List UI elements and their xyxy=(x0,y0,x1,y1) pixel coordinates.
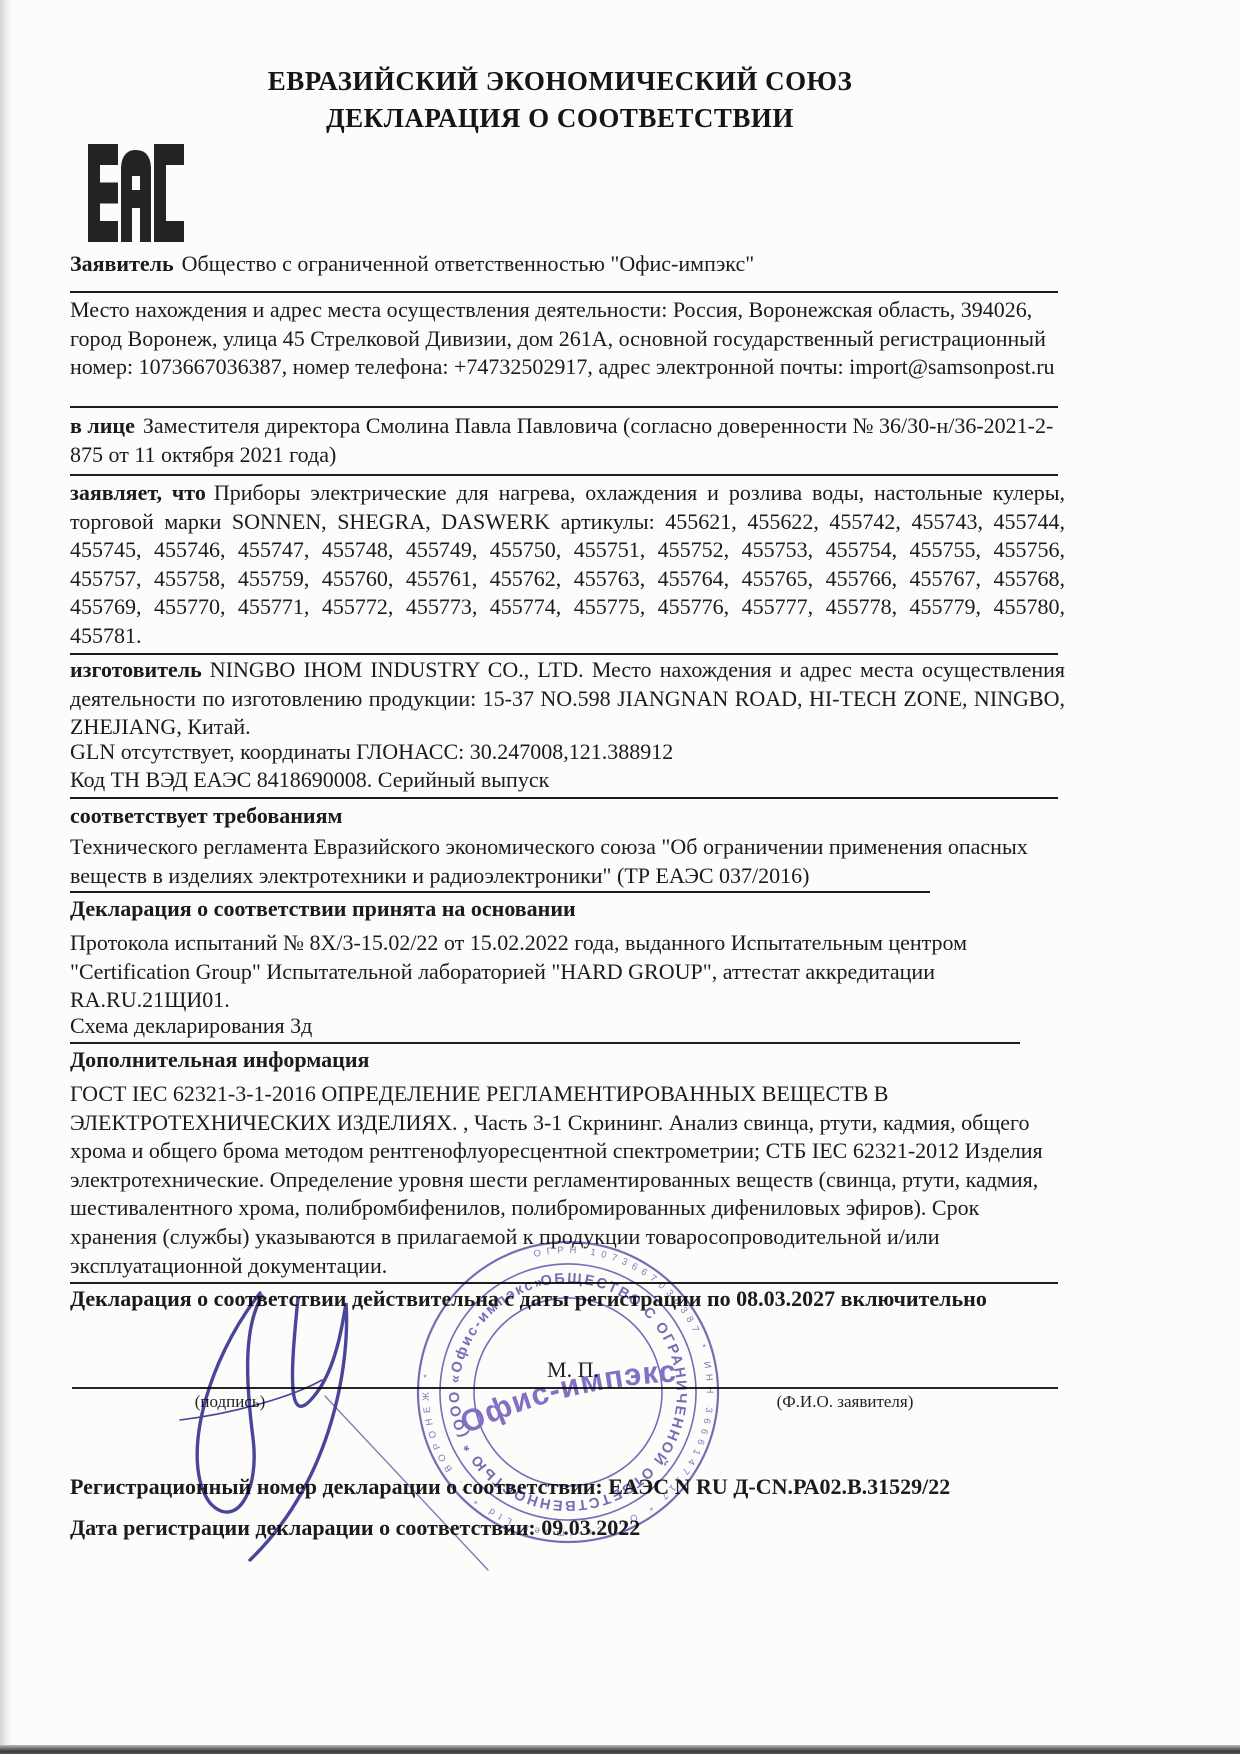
scan-bottom-edge-artifact xyxy=(0,1745,1240,1754)
compliance-regulation-paragraph: Технического регламента Евразийского эко… xyxy=(70,833,1065,890)
gln-glonass-line: GLN отсутствует, координаты ГЛОНАСС: 30.… xyxy=(70,738,1065,767)
handwritten-signature xyxy=(150,1268,490,1578)
declarant-line: ЗаявительОбщество с ограниченной ответст… xyxy=(70,250,1065,279)
manufacturer-paragraph: изготовительNINGBO IHOM INDUSTRY CO., LT… xyxy=(70,656,1065,742)
declarant-address-paragraph: Место нахождения и адрес места осуществл… xyxy=(70,296,1065,382)
manufacturer-details: NINGBO IHOM INDUSTRY CO., LTD. Место нах… xyxy=(70,657,1065,739)
basis-heading: Декларация о соответствии принята на осн… xyxy=(70,895,1065,924)
product-description: Приборы электрические для нагрева, охлаж… xyxy=(70,480,1065,648)
representative-label: в лице xyxy=(70,413,143,438)
eac-conformity-mark-logo xyxy=(88,144,184,242)
scan-left-edge-artifact xyxy=(0,0,12,1754)
compliance-heading: соответствует требованиям xyxy=(70,802,1065,831)
section-divider xyxy=(70,1042,1020,1044)
declarant-label: Заявитель xyxy=(70,251,182,276)
tnved-code-line: Код ТН ВЭД ЕАЭС 8418690008. Серийный вып… xyxy=(70,766,1065,795)
section-divider xyxy=(70,291,1058,293)
section-divider xyxy=(70,406,1058,408)
document-title-line2: ДЕКЛАРАЦИЯ О СООТВЕТСТВИИ xyxy=(0,103,1120,134)
test-report-paragraph: Протокола испытаний № 8Х/3-15.02/22 от 1… xyxy=(70,929,1065,1015)
section-divider xyxy=(70,797,1058,799)
representative-line: в лицеЗаместителя директора Смолина Павл… xyxy=(70,412,1065,469)
product-declaration-paragraph: заявляет, чтоПриборы электрические для н… xyxy=(70,479,1065,651)
declarant-name: Общество с ограниченной ответственностью… xyxy=(182,251,755,276)
additional-info-heading: Дополнительная информация xyxy=(70,1046,1065,1075)
manufacturer-label: изготовитель xyxy=(70,657,210,682)
section-divider xyxy=(70,474,1058,476)
document-title-line1: ЕВРАЗИЙСКИЙ ЭКОНОМИЧЕСКИЙ СОЮЗ xyxy=(0,66,1120,97)
declares-label: заявляет, что xyxy=(70,480,214,505)
section-divider xyxy=(70,891,930,893)
declaration-document-page: ЕВРАЗИЙСКИЙ ЭКОНОМИЧЕСКИЙ СОЮЗ ДЕКЛАРАЦИ… xyxy=(0,0,1240,1754)
declaration-scheme-line: Схема декларирования 3д xyxy=(70,1012,1065,1041)
representative-name: Заместителя директора Смолина Павла Павл… xyxy=(70,413,1053,467)
fio-caption: (Ф.И.О. заявителя) xyxy=(735,1392,955,1412)
section-divider xyxy=(70,653,1058,655)
